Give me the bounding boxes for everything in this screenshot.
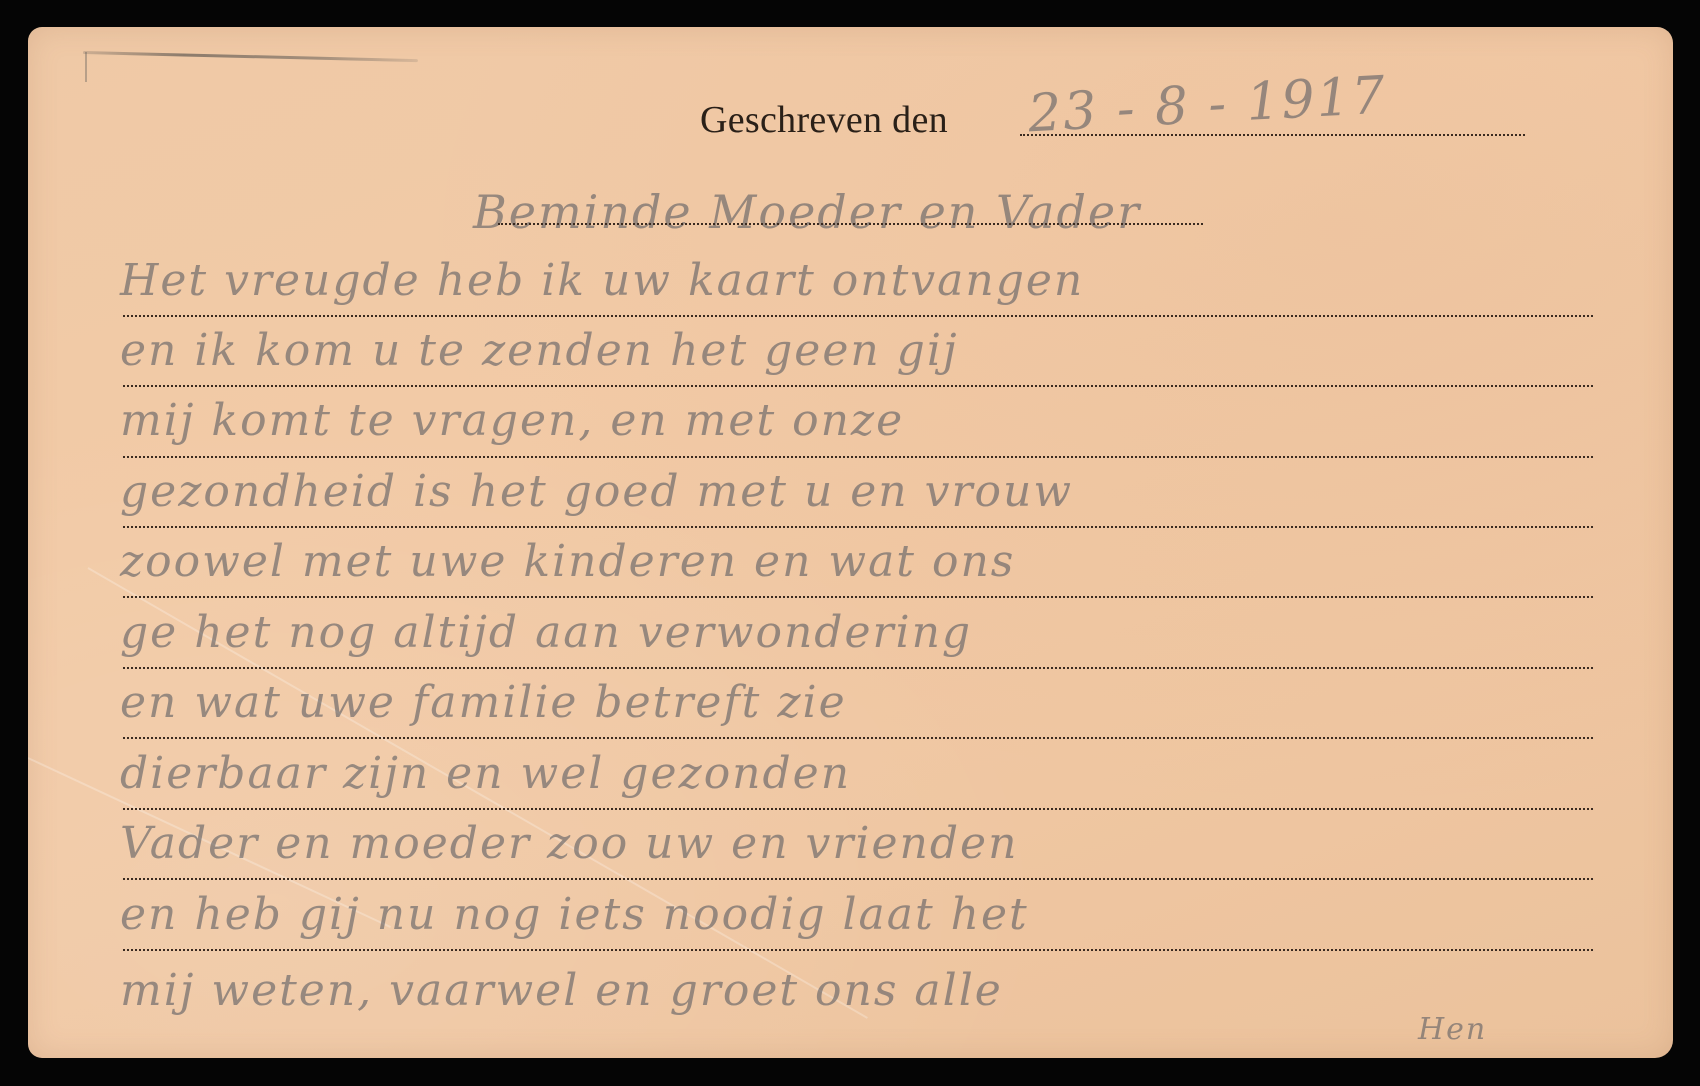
handwritten-date: 23 - 8 - 1917 bbox=[1027, 66, 1389, 145]
letter-line: zoowel met uwe kinderen en wat ons bbox=[120, 536, 1015, 587]
ruled-line bbox=[123, 737, 1593, 739]
ruled-line bbox=[123, 596, 1593, 598]
ruled-line bbox=[123, 808, 1593, 810]
letter-line: ge het nog altijd aan verwondering bbox=[120, 607, 972, 658]
ruled-line bbox=[123, 667, 1593, 669]
letter-line: mij komt te vragen, en met onze bbox=[120, 395, 904, 446]
ruled-line bbox=[123, 949, 1593, 951]
letter-line: mij weten, vaarwel en groet ons alle bbox=[120, 965, 1003, 1016]
letter-line: Vader en moeder zoo uw en vrienden bbox=[120, 818, 1018, 869]
printed-date-label: Geschreven den bbox=[700, 98, 948, 142]
letter-line: gezondheid is het goed met u en vrouw bbox=[120, 466, 1073, 517]
salutation-dotted-line bbox=[498, 223, 1203, 225]
letter-line: Het vreugde heb ik uw kaart ontvangen bbox=[120, 255, 1084, 306]
letter-line: en ik kom u te zenden het geen gij bbox=[120, 325, 959, 376]
letter-line: dierbaar zijn en wel gezonden bbox=[120, 748, 851, 799]
closing-fragment: Hen bbox=[1418, 1012, 1487, 1047]
pencil-mark bbox=[85, 52, 87, 82]
letter-line: en heb gij nu nog iets noodig laat het bbox=[120, 889, 1029, 940]
pencil-mark bbox=[83, 51, 418, 62]
ruled-line bbox=[123, 385, 1593, 387]
ruled-line bbox=[123, 315, 1593, 317]
postcard: Geschreven den 23 - 8 - 1917 Beminde Moe… bbox=[28, 27, 1673, 1058]
salutation: Beminde Moeder en Vader bbox=[473, 185, 1141, 239]
ruled-line bbox=[123, 878, 1593, 880]
ruled-line bbox=[123, 526, 1593, 528]
letter-line: en wat uwe familie betreft zie bbox=[120, 677, 847, 728]
ruled-line bbox=[123, 456, 1593, 458]
